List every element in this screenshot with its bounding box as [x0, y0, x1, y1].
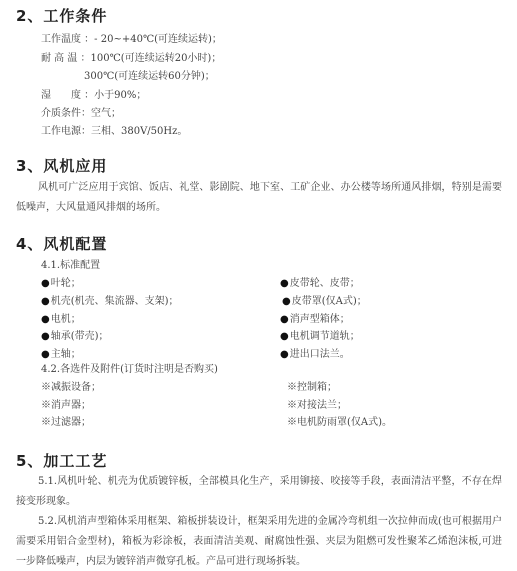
standard-item: 轴承(带壳)；	[41, 331, 109, 343]
standard-item: 机壳(机壳、集流器、支架)；	[41, 296, 179, 308]
standard-item: 主轴；	[41, 349, 81, 361]
processing-paragraph-2: 5.2.风机消声型箱体采用框架、箱板拼装设计，框架采用先进的金属冷弯机组一次拉伸…	[16, 512, 502, 571]
standard-item: 皮带轮、皮带；	[280, 278, 360, 290]
condition-high-temp-2: 300℃(可连续运转60分钟)；	[84, 71, 215, 83]
optional-item: ※减振设备；	[41, 382, 101, 394]
standard-config-heading: 4.1.标准配置	[41, 260, 100, 272]
condition-power: 工作电源：三相、380V/50Hz。	[41, 126, 187, 138]
standard-item: 皮带罩(仅A式)；	[282, 296, 367, 308]
standard-item: 电机；	[41, 314, 81, 326]
standard-item: 进出口法兰。	[280, 349, 350, 361]
standard-item: 电机调节道轨；	[280, 331, 360, 343]
optional-item: ※控制箱；	[287, 382, 337, 394]
section-title: 4、风机配置	[16, 233, 107, 254]
standard-item: 叶轮；	[41, 278, 81, 290]
optional-item: ※电机防雨罩(仅A式)。	[287, 417, 392, 429]
condition-temperature: 工作温度 ：- 20~+40℃(可连续运转)；	[41, 34, 222, 46]
section-title: 2、工作条件	[16, 5, 107, 26]
condition-humidity: 湿 度 ：小于90%；	[41, 90, 146, 102]
application-paragraph: 风机可广泛应用于宾馆、饭店、礼堂、影剧院、地下室、工矿企业、办公楼等场所通风排烟…	[16, 178, 502, 218]
optional-item: ※消声器；	[41, 400, 91, 412]
standard-item: 消声型箱体；	[280, 314, 350, 326]
optional-config-heading: 4.2.各选件及附件(订货时注明是否购买)	[41, 364, 218, 376]
optional-item: ※对接法兰；	[287, 400, 347, 412]
optional-item: ※过滤器；	[41, 417, 91, 429]
section-title: 3、风机应用	[16, 155, 107, 176]
condition-medium: 介质条件：空气；	[41, 108, 121, 120]
processing-paragraph-1: 5.1.风机叶轮、机壳为优质镀锌板，全部模具化生产，采用铆接、咬接等手段，表面清…	[16, 472, 502, 512]
condition-high-temp: 耐 高 温 ：100℃(可连续运转20小时)；	[41, 53, 221, 65]
section-title: 5、加工工艺	[16, 450, 107, 471]
